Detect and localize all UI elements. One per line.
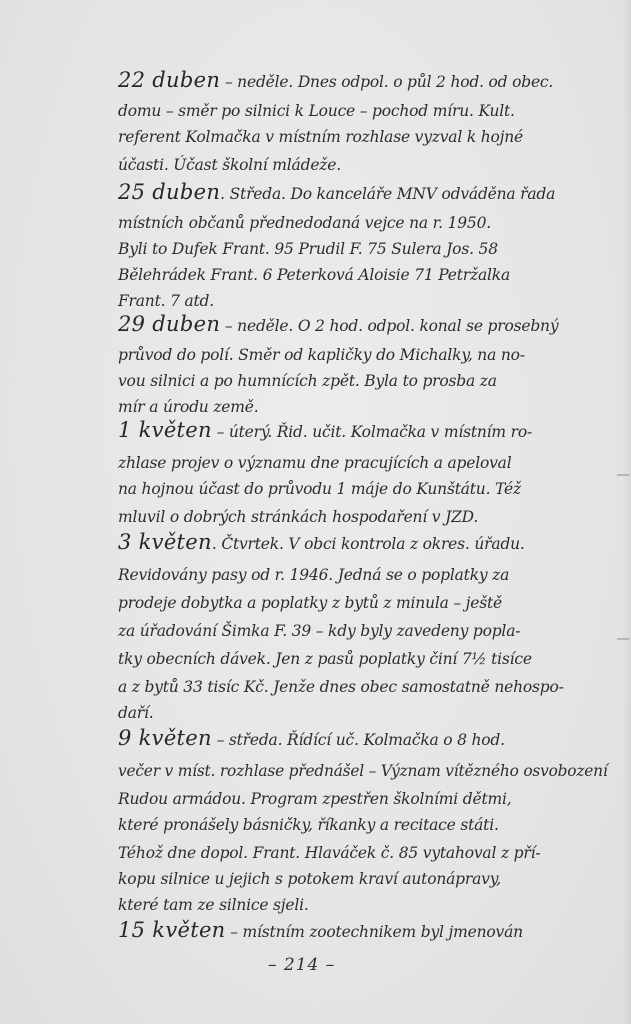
text-line: 1 květen – úterý. Řid. učit. Kolmačka v … [118, 418, 532, 442]
text-line: 22 duben – neděle. Dnes odpol. o půl 2 h… [118, 68, 553, 92]
entry-date: 15 květen [118, 918, 226, 942]
text-line: Rudou armádou. Program zpestřen školními… [118, 790, 511, 808]
entry-date: 1 květen [118, 418, 212, 442]
text-line: 29 duben – neděle. O 2 hod. odpol. konal… [118, 312, 558, 336]
text-line: referent Kolmačka v místním rozhlase vyz… [118, 128, 523, 146]
text-line: tky obecních dávek. Jen z pasů poplatky … [118, 650, 532, 668]
text-line: 9 květen – středa. Řídící uč. Kolmačka o… [118, 726, 505, 750]
text-line: prodeje dobytka a poplatky z bytů z minu… [118, 594, 502, 612]
text-line: které pronášely básničky, říkanky a reci… [118, 816, 499, 834]
entry-date: 9 květen [118, 726, 212, 750]
entry-date: 25 duben [118, 180, 220, 204]
text-line: které tam ze silnice sjeli. [118, 896, 309, 914]
text-line: daří. [118, 704, 153, 722]
text-line: Byli to Dufek Frant. 95 Prudil F. 75 Sul… [118, 240, 498, 258]
text-line: Bělehrádek Frant. 6 Peterková Aloisie 71… [118, 266, 510, 284]
entry-date: 3 květen [118, 530, 212, 554]
text-line: 25 duben. Středa. Do kanceláře MNV odvád… [118, 180, 555, 204]
text-line: domu – směr po silnici k Louce – pochod … [118, 102, 515, 120]
margin-ink-mark [617, 638, 629, 640]
margin-ink-mark [617, 474, 629, 476]
text-line: kopu silnice u jejich s potokem kraví au… [118, 870, 501, 888]
text-line: Téhož dne dopol. Frant. Hlaváček č. 85 v… [118, 844, 540, 862]
text-line: vou silnici a po humnících zpět. Byla to… [118, 372, 497, 390]
manuscript-page: 22 duben – neděle. Dnes odpol. o půl 2 h… [0, 0, 631, 1024]
text-line: 15 květen – místním zootechnikem byl jme… [118, 918, 523, 942]
page-number: – 214 – [268, 955, 335, 975]
page-edge-shadow [623, 0, 631, 1024]
text-line: účasti. Účast školní mládeže. [118, 156, 341, 174]
text-line: místních občanů přednedodaná vejce na r.… [118, 214, 491, 232]
text-line: a z bytů 33 tisíc Kč. Jenže dnes obec sa… [118, 678, 564, 696]
text-line: mír a úrodu země. [118, 398, 258, 416]
text-line: večer v míst. rozhlase přednášel – Význa… [118, 762, 608, 780]
text-line: na hojnou účast do průvodu 1 máje do Kun… [118, 480, 521, 498]
text-line: mluvil o dobrých stránkách hospodaření v… [118, 508, 478, 526]
text-line: 3 květen. Čtvrtek. V obci kontrola z okr… [118, 530, 525, 554]
text-line: za úřadování Šimka F. 39 – kdy byly zave… [118, 622, 520, 640]
text-line: průvod do polí. Směr od kapličky do Mich… [118, 346, 525, 364]
entry-date: 29 duben [118, 312, 220, 336]
text-line: Revidovány pasy od r. 1946. Jedná se o p… [118, 566, 509, 584]
text-line: zhlase projev o významu dne pracujících … [118, 454, 511, 472]
text-line: Frant. 7 atd. [118, 292, 214, 310]
entry-date: 22 duben [118, 68, 220, 92]
